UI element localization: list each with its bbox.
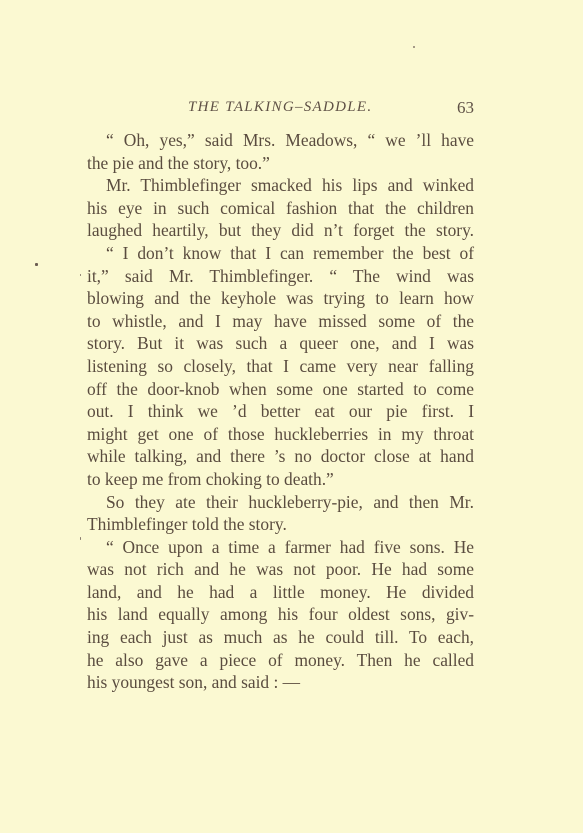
text-line: his eye in such comical fashion that the…	[87, 197, 474, 220]
text-line: it,” said Mr. Thimblefinger. “ The wind …	[87, 265, 474, 288]
scan-speck	[80, 274, 81, 276]
text-line: was not rich and he was not poor. He had…	[87, 558, 474, 581]
text-line: Mr. Thimblefinger smacked his lips and w…	[87, 174, 474, 197]
text-line: listening so closely, that I came very n…	[87, 355, 474, 378]
scan-speck	[80, 537, 81, 540]
body-text: “ Oh, yes,” said Mrs. Meadows, “ we ’ll …	[87, 129, 474, 694]
text-line: out. I think we ’d better eat our pie fi…	[87, 400, 474, 423]
text-line: to whistle, and I may have missed some o…	[87, 310, 474, 333]
text-line: his land equally among his four oldest s…	[87, 603, 474, 626]
text-line: “ I don’t know that I can remember the b…	[87, 242, 474, 265]
text-line: blowing and the keyhole was trying to le…	[87, 287, 474, 310]
book-page: THE TALKING–SADDLE. 63 “ Oh, yes,” said …	[0, 0, 583, 833]
page-number: 63	[457, 98, 474, 118]
text-line: Thimblefinger told the story.	[87, 513, 474, 536]
text-line: laughed heartily, but they did n’t forge…	[87, 219, 474, 242]
text-line: he also gave a piece of money. Then he c…	[87, 649, 474, 672]
text-line: while talking, and there ’s no doctor cl…	[87, 445, 474, 468]
text-line: “ Oh, yes,” said Mrs. Meadows, “ we ’ll …	[87, 129, 474, 152]
text-line: So they ate their huckleberry-pie, and t…	[87, 491, 474, 514]
text-line: ing each just as much as he could till. …	[87, 626, 474, 649]
text-line: story. But it was such a queer one, and …	[87, 332, 474, 355]
text-line: off the door-knob when some one started …	[87, 378, 474, 401]
text-line: “ Once upon a time a farmer had five son…	[87, 536, 474, 559]
running-title: THE TALKING–SADDLE.	[188, 99, 372, 116]
scan-speck	[413, 46, 415, 48]
scan-speck	[35, 263, 38, 266]
page-header: THE TALKING–SADDLE. 63	[148, 99, 474, 119]
text-line: the pie and the story, too.”	[87, 152, 474, 175]
text-line: land, and he had a little money. He divi…	[87, 581, 474, 604]
text-line: to keep me from choking to death.”	[87, 468, 474, 491]
text-line: might get one of those huckleberries in …	[87, 423, 474, 446]
text-line: his youngest son, and said : —	[87, 671, 474, 694]
